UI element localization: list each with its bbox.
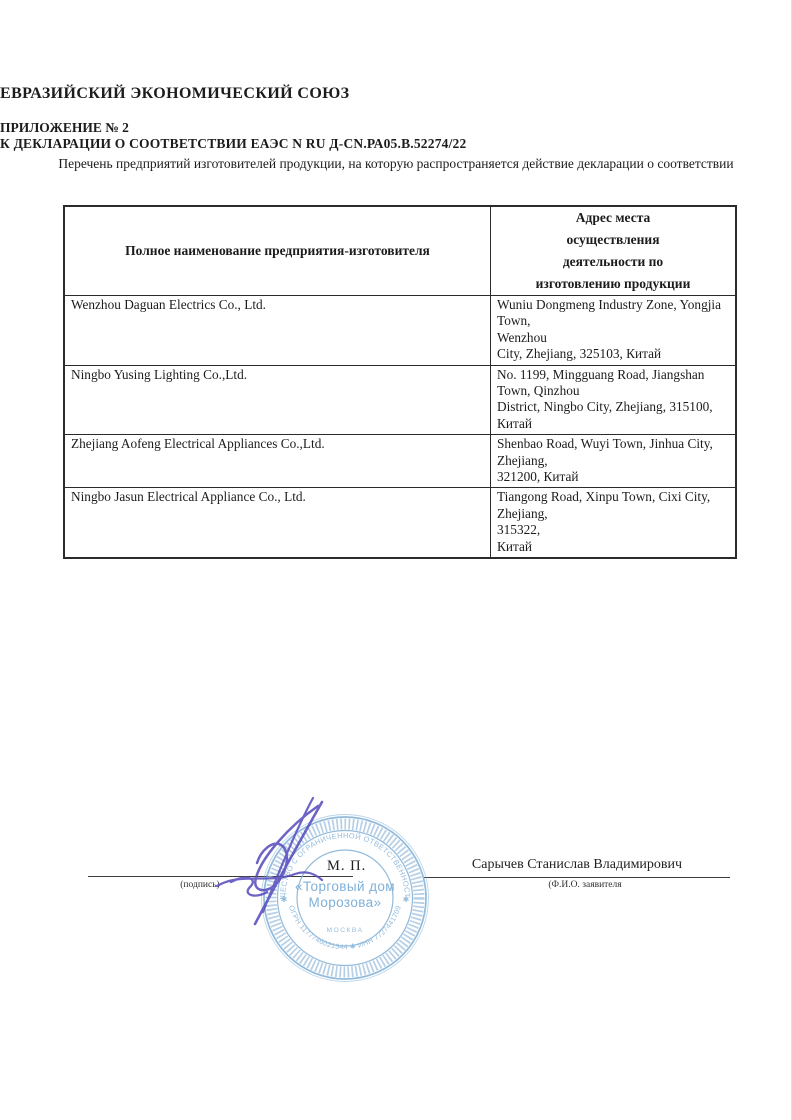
manufacturer-address: Wuniu Dongmeng Industry Zone, Yongjia To… xyxy=(491,296,737,366)
manufacturer-name: Ningbo Yusing Lighting Co.,Ltd. xyxy=(64,365,491,435)
manufacturer-name: Wenzhou Daguan Electrics Co., Ltd. xyxy=(64,296,491,366)
declaration-number-line: К ДЕКЛАРАЦИИ О СООТВЕТСТВИИ ЕАЭС N RU Д-… xyxy=(0,136,792,152)
manufacturer-name: Zhejiang Aofeng Electrical Appliances Co… xyxy=(64,435,491,488)
column-header-address: Адрес места осуществления деятельности п… xyxy=(491,206,737,296)
table-header-row: Полное наименование предприятия-изготови… xyxy=(64,206,736,296)
stamp-place-label: М. П. xyxy=(327,858,366,875)
table-row: Zhejiang Aofeng Electrical Appliances Co… xyxy=(64,435,736,488)
column-header-manufacturer: Полное наименование предприятия-изготови… xyxy=(64,206,491,296)
table-row: Wenzhou Daguan Electrics Co., Ltd. Wuniu… xyxy=(64,296,736,366)
stamp-star-right: ✱ xyxy=(403,895,410,904)
applicant-name: Сарычев Станислав Владимирович xyxy=(424,857,730,873)
union-title: ЕВРАЗИЙСКИЙ ЭКОНОМИЧЕСКИЙ СОЮЗ xyxy=(0,85,792,103)
manufacturer-address: Shenbao Road, Wuyi Town, Jinhua City, Zh… xyxy=(491,435,737,488)
applicant-name-caption: (Ф.И.О. заявителя xyxy=(440,880,730,890)
table-row: Ningbo Yusing Lighting Co.,Ltd. No. 1199… xyxy=(64,365,736,435)
appendix-title: ПРИЛОЖЕНИЕ № 2 xyxy=(0,120,792,136)
table-row: Ningbo Jasun Electrical Appliance Co., L… xyxy=(64,488,736,558)
document-subtitle: Перечень предприятий изготовителей проду… xyxy=(56,155,736,173)
manufacturer-address: No. 1199, Mingguang Road, Jiangshan Town… xyxy=(491,365,737,435)
manufacturer-name: Ningbo Jasun Electrical Appliance Co., L… xyxy=(64,488,491,558)
manufacturers-table: Полное наименование предприятия-изготови… xyxy=(63,205,737,559)
applicant-name-line xyxy=(424,877,730,878)
manufacturer-address: Tiangong Road, Xinpu Town, Cixi City, Zh… xyxy=(491,488,737,558)
scanned-declaration-page: ЕВРАЗИЙСКИЙ ЭКОНОМИЧЕСКИЙ СОЮЗ ПРИЛОЖЕНИ… xyxy=(0,0,792,1120)
